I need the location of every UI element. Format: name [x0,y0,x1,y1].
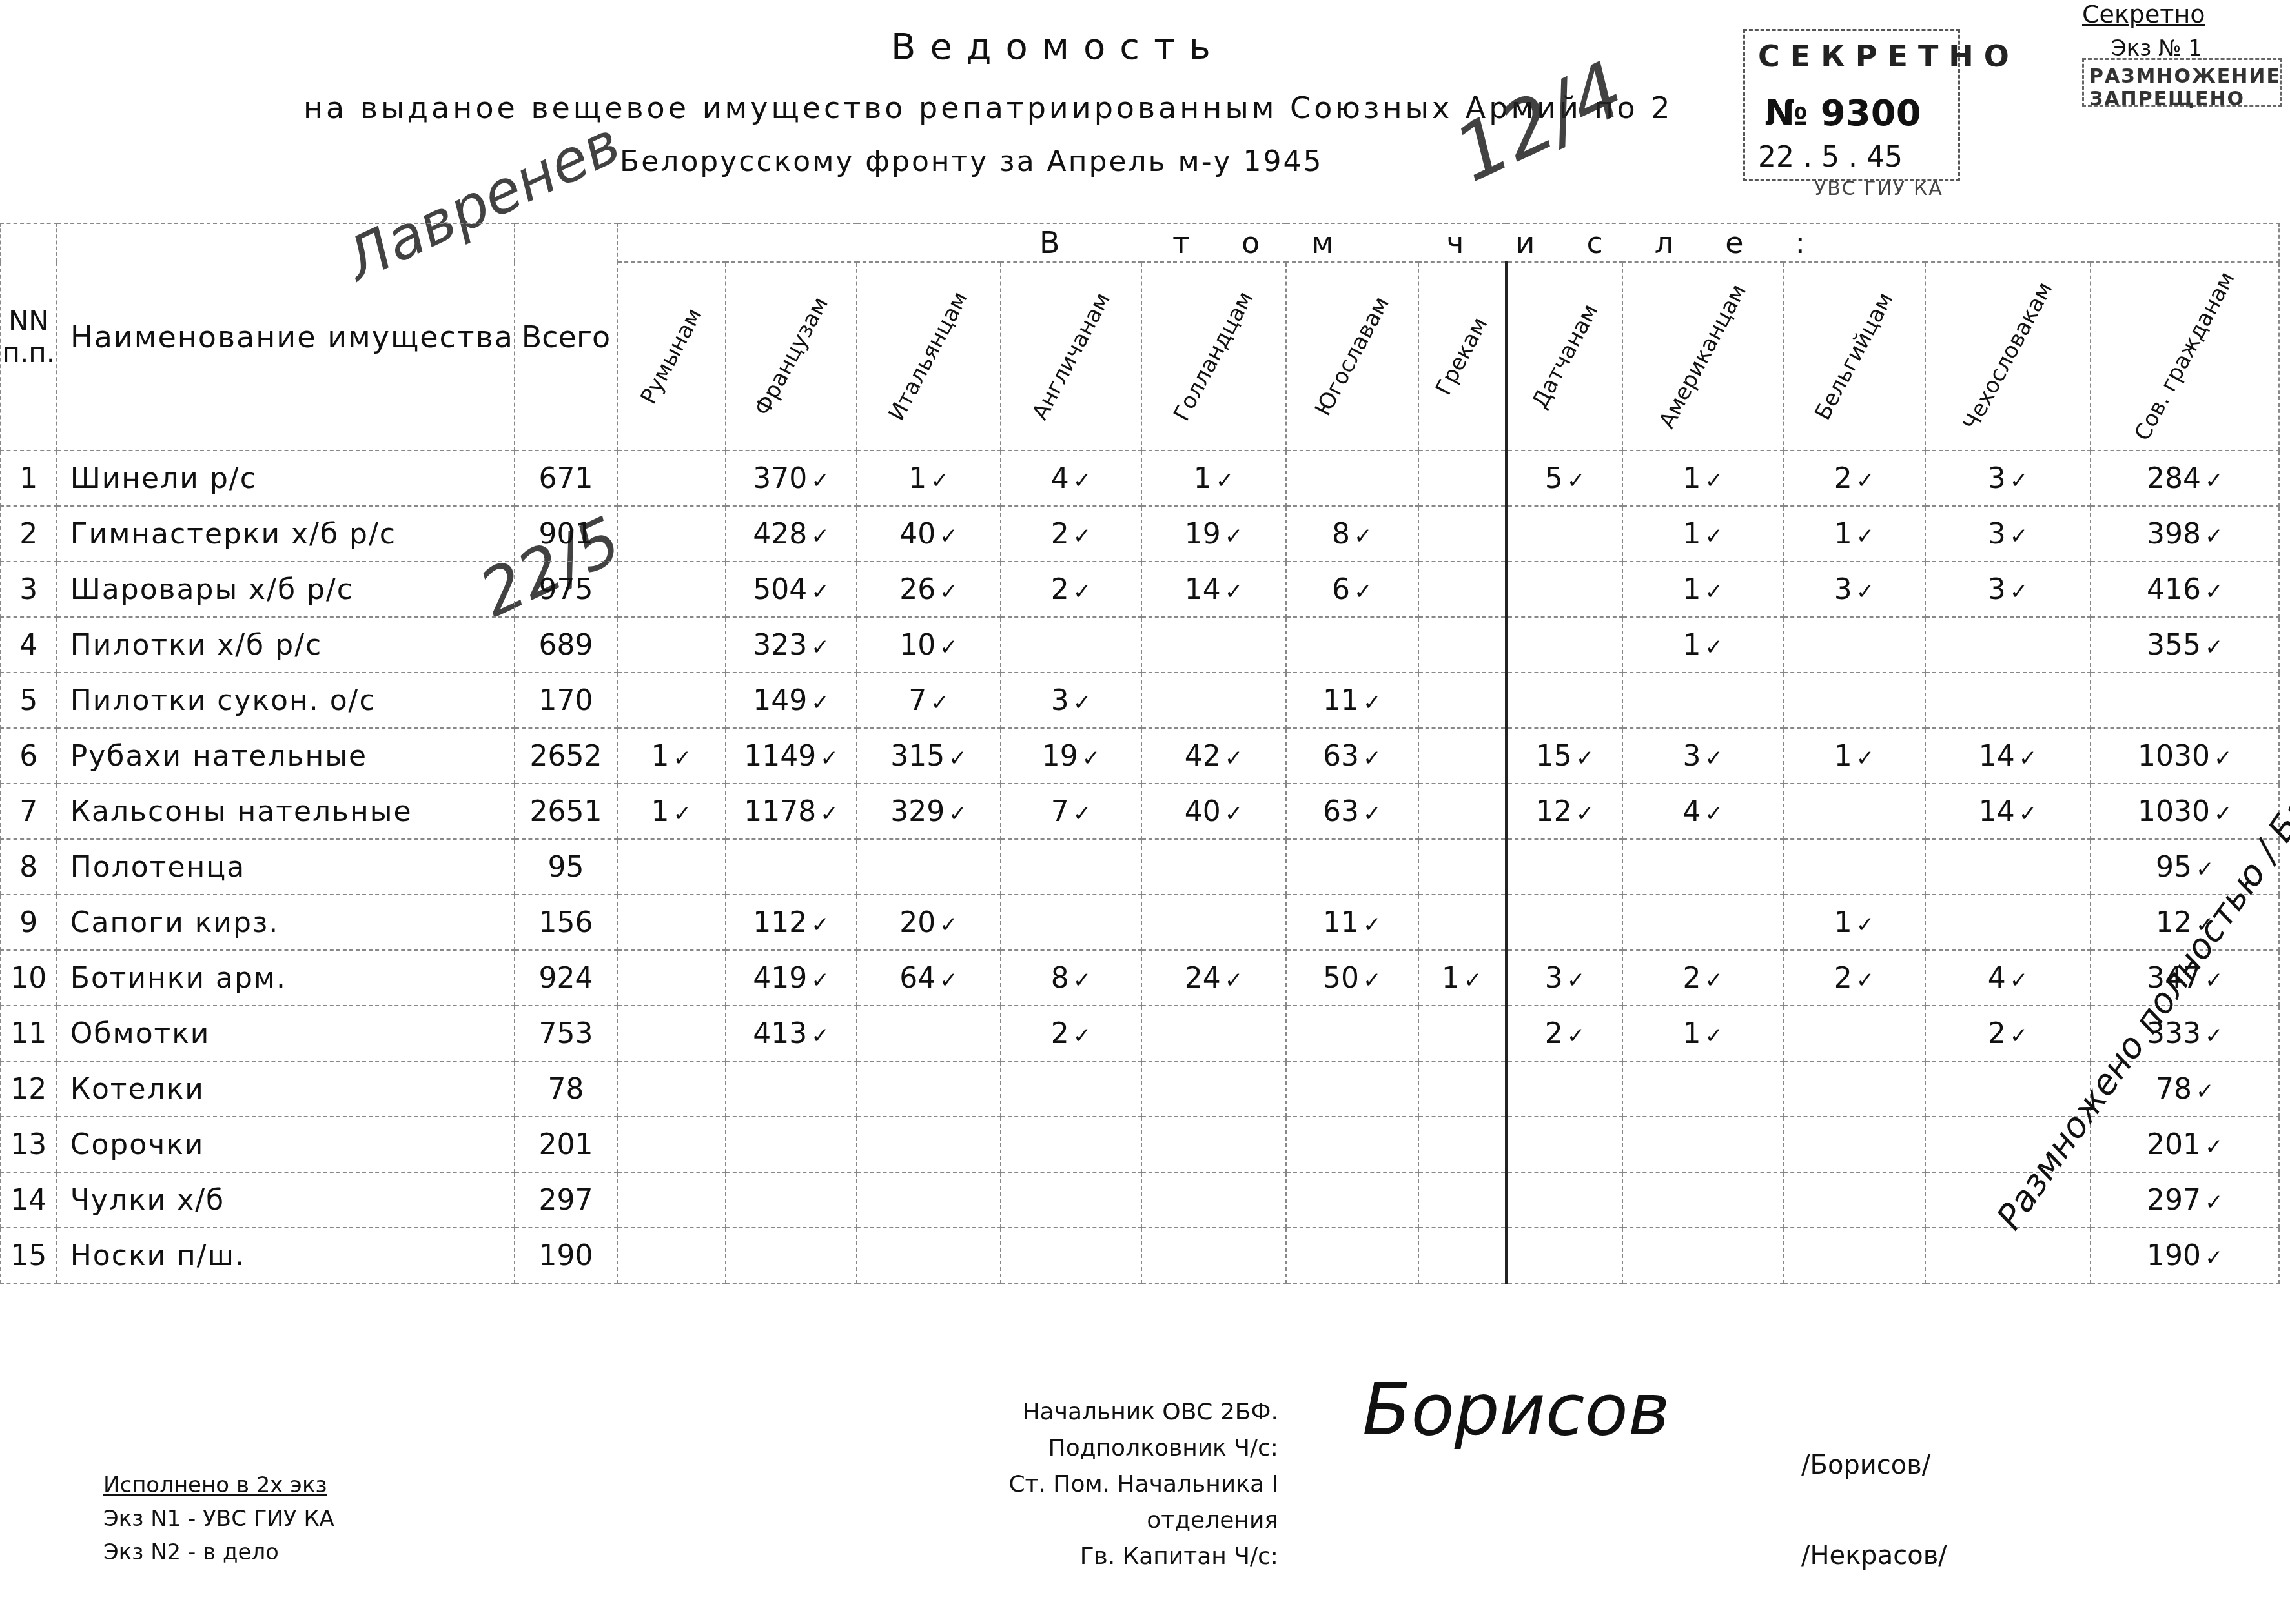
value-text: 1 [1682,573,1701,606]
value-text: 2 [1834,962,1852,995]
header-nation: Англичанам [1001,262,1142,451]
nation-value [1141,895,1285,950]
value-text: 26 [899,573,935,606]
nation-value: 1✓ [1783,506,1925,562]
check-mark-icon: ✓ [2010,968,2029,993]
nation-value [1506,1061,1622,1117]
item-total: 924 [515,950,617,1006]
item-name: Пилотки сукон. о/с [57,673,515,728]
nation-value: 40✓ [857,506,1000,562]
nation-value [1622,1228,1783,1283]
nation-value [1286,617,1418,673]
header-name: Наименование имущества [57,223,515,451]
value-text: 78 [2156,1073,2192,1106]
value-text: 24 [1185,962,1221,995]
stamp-heading: СЕКРЕТНО [1758,39,2019,74]
check-mark-icon: ✓ [2205,1134,2224,1160]
value-text: 2 [1545,1017,1563,1050]
check-mark-icon: ✓ [2214,746,2233,771]
value-text: 1 [1834,906,1852,939]
copy2-line: Экз N2 - в дело [103,1536,334,1569]
nation-value: 64✓ [857,950,1000,1006]
row-number: 3 [1,562,57,617]
header-nation: Французам [726,262,857,451]
table-row: 12Котелки7878✓ [1,1061,2290,1117]
value-text: 3 [1051,684,1069,717]
value-text: 1030 [2138,795,2210,828]
value-text: 504 [753,573,807,606]
value-text: 8 [1332,518,1350,551]
nation-label: Итальянцам [884,287,974,425]
margin-cell [2279,1006,2290,1061]
check-mark-icon: ✓ [1073,579,1092,605]
signer2-rank: Гв. Капитан Ч/с: [917,1539,1278,1575]
document-title: Ведомость [891,26,1225,68]
nation-value: 370✓ [726,451,857,506]
nation-value [1418,1228,1506,1283]
nation-value [1783,839,1925,895]
nation-value: 112✓ [726,895,857,950]
check-mark-icon: ✓ [1576,801,1595,827]
value-text: 284 [2147,462,2201,495]
value-text: 4 [1682,795,1701,828]
nation-value: 1✓ [1622,617,1783,673]
check-mark-icon: ✓ [811,1023,830,1049]
nation-value: 3✓ [1506,950,1622,1006]
nation-value: 14✓ [1141,562,1285,617]
item-total: 671 [515,451,617,506]
value-text: 1 [1834,518,1852,551]
item-name: Обмотки [57,1006,515,1061]
nation-value [1783,784,1925,839]
item-name: Ботинки арм. [57,950,515,1006]
item-name: Шинели р/с [57,451,515,506]
check-mark-icon: ✓ [2019,746,2038,771]
table-row: 9Сапоги кирз.156112✓20✓11✓1✓12✓ [1,895,2290,950]
margin-cell [2279,1117,2290,1172]
execution-note: Исполнено в 2х экз Экз N1 - УВС ГИУ КА Э… [103,1468,334,1569]
nation-value [1001,1172,1142,1228]
value-text: 6 [1332,573,1350,606]
check-mark-icon: ✓ [939,634,958,660]
check-mark-icon: ✓ [930,468,949,494]
check-mark-icon: ✓ [1363,912,1382,938]
header-group: В том числе: [617,223,2280,262]
nation-value: 1✓ [617,728,726,784]
nation-value: 11✓ [1286,895,1418,950]
nation-value [1506,562,1622,617]
nation-value: 3✓ [1783,562,1925,617]
nation-value [857,839,1000,895]
value-text: 5 [1545,462,1563,495]
value-text: 1 [1682,1017,1701,1050]
nation-value [1418,1061,1506,1117]
table-row: 3Шаровары х/б р/с975504✓26✓2✓14✓6✓1✓3✓3✓… [1,562,2290,617]
nation-value: 413✓ [726,1006,857,1061]
check-mark-icon: ✓ [1704,746,1723,771]
check-mark-icon: ✓ [1073,801,1092,827]
row-number: 4 [1,617,57,673]
value-text: 1 [1682,629,1701,662]
row-number: 13 [1,1117,57,1172]
item-total: 753 [515,1006,617,1061]
nation-value: 7✓ [857,673,1000,728]
nation-value [1286,1061,1418,1117]
check-mark-icon: ✓ [1704,468,1723,494]
nation-value: 4✓ [1001,451,1142,506]
value-text: 3 [1988,518,2006,551]
check-mark-icon: ✓ [2205,1190,2224,1215]
nation-value: 2✓ [1622,950,1783,1006]
value-text: 413 [753,1017,807,1050]
nation-value [617,451,726,506]
issuance-table: NN п.п. Наименование имущества Всего В т… [0,223,2290,1284]
nation-value: 2✓ [1001,562,1142,617]
secrecy-copy: Экз № 1 [2111,36,2202,61]
value-text: 10 [899,629,935,662]
nation-value [857,1061,1000,1117]
value-text: 190 [2147,1239,2201,1272]
item-total: 901 [515,506,617,562]
item-name: Сапоги кирз. [57,895,515,950]
nation-value: 10✓ [857,617,1000,673]
nation-value [2091,673,2279,728]
value-text: 63 [1323,740,1359,773]
check-mark-icon: ✓ [811,912,830,938]
secret-stamp: СЕКРЕТНО № 9300 22 . 5 . 45 [1743,29,1960,181]
nation-value [1141,1061,1285,1117]
value-text: 64 [899,962,935,995]
check-mark-icon: ✓ [1216,468,1234,494]
check-mark-icon: ✓ [1225,523,1243,549]
value-text: 42 [1185,740,1221,773]
nation-value [1286,1006,1418,1061]
check-mark-icon: ✓ [2205,634,2224,660]
value-text: 149 [753,684,807,717]
check-mark-icon: ✓ [811,579,830,605]
check-mark-icon: ✓ [1363,690,1382,716]
nation-value [1418,1006,1506,1061]
nation-value [1418,506,1506,562]
value-text: 19 [1185,518,1221,551]
margin-cell [2279,895,2290,950]
value-text: 1178 [744,795,816,828]
nation-value: 12✓ [1506,784,1622,839]
table-row: 2Гимнастерки х/б р/с901428✓40✓2✓19✓8✓1✓1… [1,506,2290,562]
signer1-title: Начальник ОВС 2БФ. [917,1394,1278,1430]
nation-label: Голландцам [1169,287,1258,425]
value-text: 14 [1979,795,2015,828]
check-mark-icon: ✓ [1704,634,1723,660]
nation-label: Англичанам [1027,289,1115,424]
value-text: 323 [753,629,807,662]
check-mark-icon: ✓ [1363,746,1382,771]
item-total: 201 [515,1117,617,1172]
table-row: 4Пилотки х/б р/с689323✓10✓1✓355✓ [1,617,2290,673]
nation-label: Румынам [635,304,707,409]
nation-value [1506,895,1622,950]
nation-label: Сов. гражданам [2129,268,2240,445]
check-mark-icon: ✓ [939,968,958,993]
nation-value [1783,1061,1925,1117]
nation-value: 15✓ [1506,728,1622,784]
header-nation: Голландцам [1141,262,1285,451]
nation-value: 50✓ [1286,950,1418,1006]
document-subtitle-line2: Белорусскому фронту за Апрель м-у 1945 [620,145,1324,178]
value-text: 1 [1682,462,1701,495]
check-mark-icon: ✓ [1856,968,1875,993]
nation-value [1001,839,1142,895]
row-number: 1 [1,451,57,506]
nation-value [1418,784,1506,839]
header-nation: Бельгийцам [1783,262,1925,451]
value-text: 19 [1042,740,1078,773]
nation-value: 1178✓ [726,784,857,839]
check-mark-icon: ✓ [1354,523,1373,549]
header-nation: Американцам [1622,262,1783,451]
nation-value: 1✓ [1418,950,1506,1006]
value-text: 3 [1988,462,2006,495]
check-mark-icon: ✓ [1576,746,1595,771]
nation-value [1783,1006,1925,1061]
value-text: 355 [2147,629,2201,662]
item-name: Шаровары х/б р/с [57,562,515,617]
nation-value [1286,1117,1418,1172]
nation-value [857,1228,1000,1283]
check-mark-icon: ✓ [811,468,830,494]
nation-value [617,895,726,950]
handwritten-mark-number: 12/4 [1442,45,1637,200]
check-mark-icon: ✓ [1856,523,1875,549]
value-text: 40 [1185,795,1221,828]
check-mark-icon: ✓ [1073,968,1092,993]
nation-value: 3✓ [1001,673,1142,728]
nation-value: 2✓ [1001,506,1142,562]
nation-value: 1✓ [1783,895,1925,950]
nation-value [617,562,726,617]
nation-value: 14✓ [1925,728,2091,784]
nation-value [1925,1228,2091,1283]
nation-value: 40✓ [1141,784,1285,839]
table-row: 6Рубахи нательные26521✓1149✓315✓19✓42✓63… [1,728,2290,784]
item-name: Кальсоны нательные [57,784,515,839]
item-total: 2652 [515,728,617,784]
nation-value [1418,451,1506,506]
header-nation: Итальянцам [857,262,1000,451]
value-text: 3 [1682,740,1701,773]
nation-value [617,506,726,562]
nation-value: 1✓ [1622,451,1783,506]
margin-cell [2279,1172,2290,1228]
header-nation: Румынам [617,262,726,451]
nation-value [617,1228,726,1283]
nation-value [617,673,726,728]
value-text: 14 [1185,573,1221,606]
check-mark-icon: ✓ [1856,579,1875,605]
nation-value: 3✓ [1925,506,2091,562]
value-text: 14 [1979,740,2015,773]
no-copy-stamp: РАЗМНОЖЕНИЕ ЗАПРЕЩЕНО [2082,58,2282,107]
check-mark-icon: ✓ [673,746,691,771]
check-mark-icon: ✓ [811,968,830,993]
nation-value [1783,1172,1925,1228]
margin-cell [2279,617,2290,673]
signature-scrawl: Борисов [1362,1368,1670,1451]
nation-label: Бельгийцам [1810,289,1899,425]
value-text: 1149 [744,740,816,773]
nation-value [1418,1172,1506,1228]
margin-cell [2279,562,2290,617]
check-mark-icon: ✓ [1073,690,1092,716]
check-mark-icon: ✓ [2010,468,2029,494]
nation-value [857,1172,1000,1228]
item-total: 689 [515,617,617,673]
nation-value: 42✓ [1141,728,1285,784]
header-nation: Чехословакам [1925,262,2091,451]
check-mark-icon: ✓ [1567,968,1586,993]
item-total: 95 [515,839,617,895]
table-row: 14Чулки х/б297297✓ [1,1172,2290,1228]
nation-value: 4✓ [1622,784,1783,839]
nation-value [1001,895,1142,950]
secrecy-label: Секретно [2082,0,2205,28]
item-total: 297 [515,1172,617,1228]
value-text: 1 [651,795,669,828]
value-text: 1 [651,740,669,773]
check-mark-icon: ✓ [2010,523,2029,549]
nation-value [1925,673,2091,728]
nation-value [1506,1228,1622,1283]
item-name: Сорочки [57,1117,515,1172]
value-text: 95 [2156,851,2192,884]
nation-value: 1149✓ [726,728,857,784]
nation-value: 504✓ [726,562,857,617]
margin-cell [2279,451,2290,506]
nation-value [1925,895,2091,950]
nation-value [617,839,726,895]
nation-label: Югославам [1310,292,1395,420]
check-mark-icon: ✓ [1225,746,1243,771]
nation-value: 8✓ [1286,506,1418,562]
nation-value [617,617,726,673]
nation-value [726,1061,857,1117]
value-text: 2 [1051,518,1069,551]
stamp-date: 22 . 5 . 45 [1758,141,1903,174]
nation-value: 416✓ [2091,562,2279,617]
check-mark-icon: ✓ [1704,968,1723,993]
nation-value [1622,839,1783,895]
nation-value [1141,1228,1285,1283]
nation-value [1418,1117,1506,1172]
value-text: 8 [1051,962,1069,995]
nation-value: 1✓ [1622,562,1783,617]
value-text: 40 [899,518,935,551]
nation-value: 190✓ [2091,1228,2279,1283]
nation-value [1141,1117,1285,1172]
nation-value: 1✓ [1622,506,1783,562]
nation-value: 3✓ [1622,728,1783,784]
nation-value [1141,617,1285,673]
nation-value: 284✓ [2091,451,2279,506]
table-row: 10Ботинки арм.924419✓64✓8✓24✓50✓1✓3✓2✓2✓… [1,950,2290,1006]
value-text: 11 [1323,906,1359,939]
signer1-rank: Подполковник Ч/с: [917,1430,1278,1467]
nation-value: 1✓ [617,784,726,839]
row-number: 2 [1,506,57,562]
nation-label: Чехословакам [1958,278,2058,434]
nation-value: 20✓ [857,895,1000,950]
check-mark-icon: ✓ [2010,579,2029,605]
value-text: 2 [1682,962,1701,995]
value-text: 20 [899,906,935,939]
value-text: 1 [1442,962,1460,995]
nation-value [1001,1061,1142,1117]
value-text: 329 [890,795,945,828]
value-text: 2 [1051,573,1069,606]
check-mark-icon: ✓ [2205,579,2224,605]
nation-value [1418,728,1506,784]
nation-value [1622,1061,1783,1117]
nation-value [1506,506,1622,562]
nation-value: 323✓ [726,617,857,673]
value-text: 2 [1988,1017,2006,1050]
item-name: Полотенца [57,839,515,895]
nation-value: 329✓ [857,784,1000,839]
nation-value [726,1117,857,1172]
row-number: 9 [1,895,57,950]
value-text: 419 [753,962,807,995]
signer2-title: Ст. Пом. Начальника I отделения [917,1467,1278,1539]
value-text: 370 [753,462,807,495]
value-text: 4 [1988,962,2006,995]
header-nation: Югославам [1286,262,1418,451]
check-mark-icon: ✓ [1567,1023,1586,1049]
item-name: Носки п/ш. [57,1228,515,1283]
check-mark-icon: ✓ [2010,1023,2029,1049]
header-number: NN п.п. [1,223,57,451]
check-mark-icon: ✓ [2196,857,2214,882]
nation-value: 315✓ [857,728,1000,784]
nation-value [1622,895,1783,950]
value-text: 2 [1051,1017,1069,1050]
nation-value: 6✓ [1286,562,1418,617]
nation-value [1418,673,1506,728]
table-row: 1Шинели р/с671370✓1✓4✓1✓5✓1✓2✓3✓284✓ [1,451,2290,506]
check-mark-icon: ✓ [811,523,830,549]
check-mark-icon: ✓ [820,746,839,771]
nation-value: 8✓ [1001,950,1142,1006]
value-text: 7 [1051,795,1069,828]
margin-cell [2279,728,2290,784]
executed-line: Исполнено в 2х экз [103,1468,334,1502]
nation-value [1141,1172,1285,1228]
check-mark-icon: ✓ [2019,801,2038,827]
check-mark-icon: ✓ [939,523,958,549]
item-total: 170 [515,673,617,728]
check-mark-icon: ✓ [1225,968,1243,993]
nation-value [1286,451,1418,506]
row-number: 10 [1,950,57,1006]
nation-value [1925,617,2091,673]
nation-value [857,1117,1000,1172]
nation-label: Датчанам [1527,300,1603,413]
nation-value [726,1172,857,1228]
check-mark-icon: ✓ [1567,468,1586,494]
row-number: 15 [1,1228,57,1283]
row-number: 6 [1,728,57,784]
check-mark-icon: ✓ [1704,801,1723,827]
nation-value: 1✓ [857,451,1000,506]
